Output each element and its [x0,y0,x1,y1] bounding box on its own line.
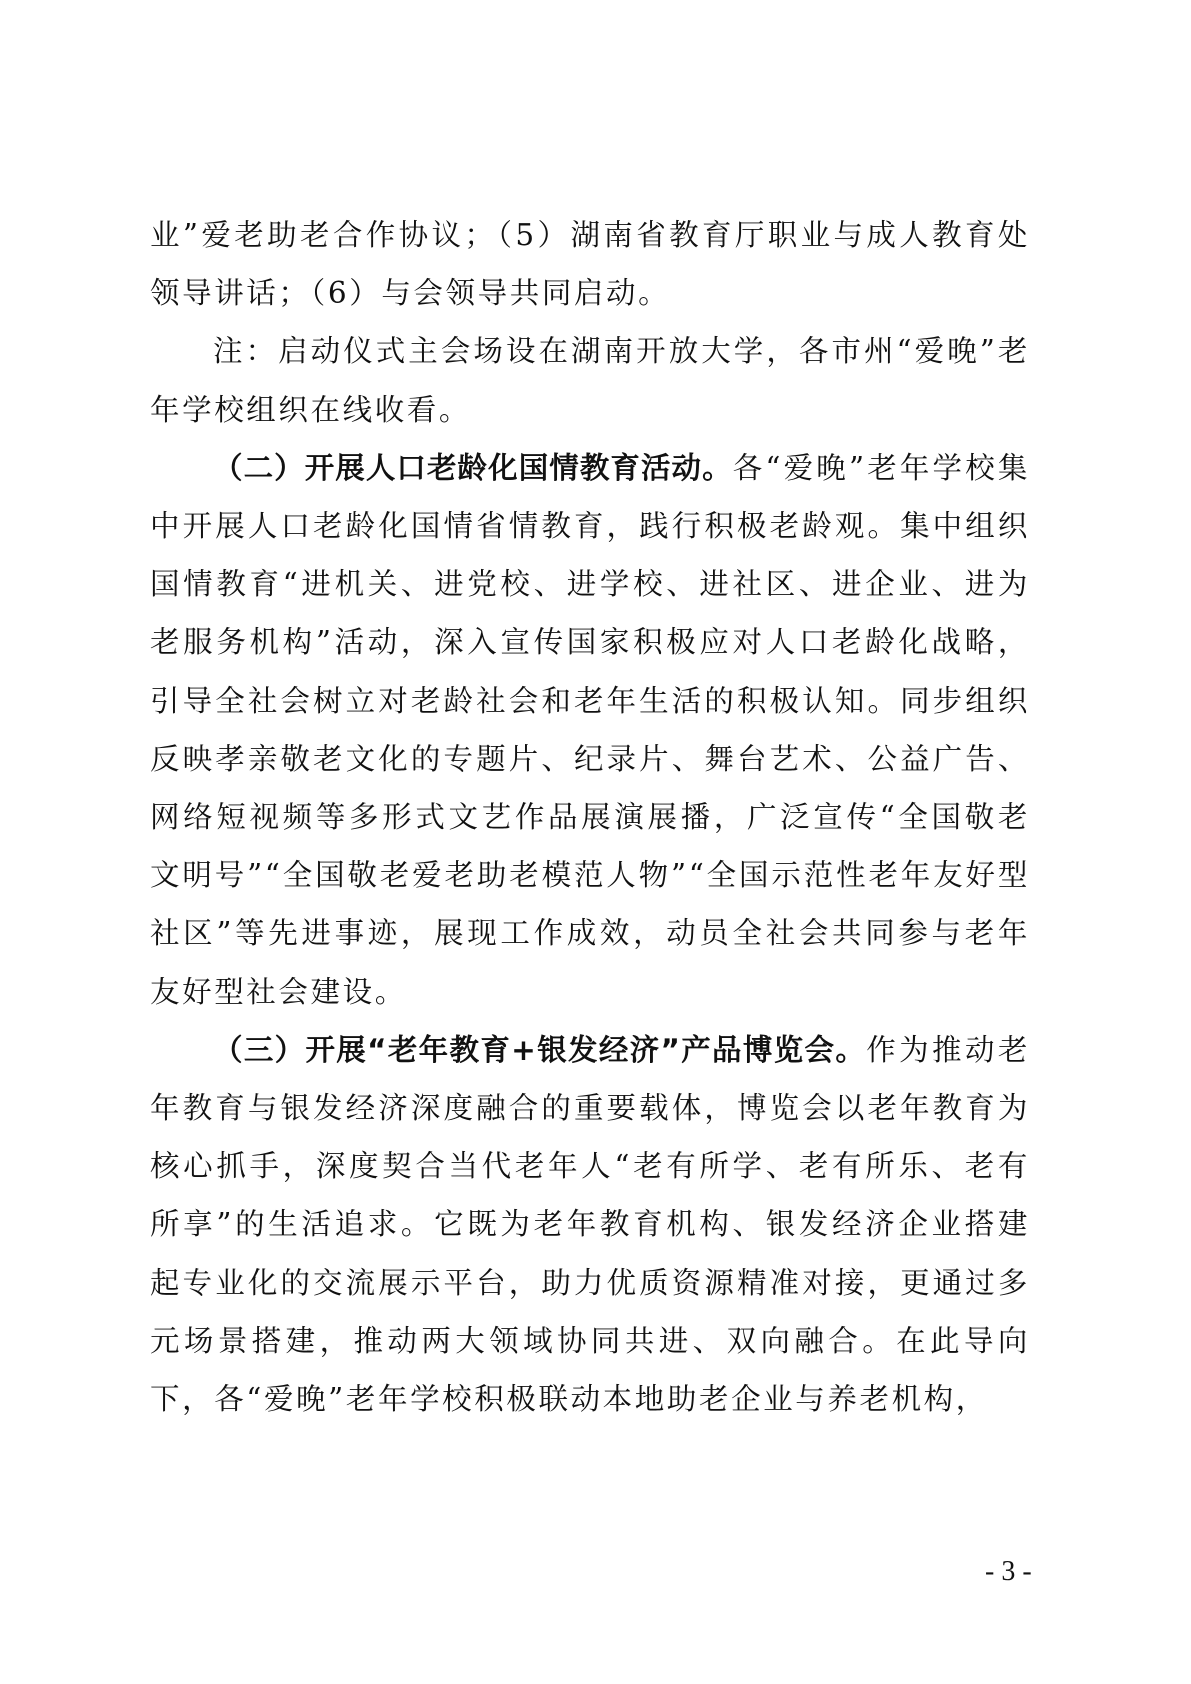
paragraph-text: 作为推动老年教育与银发经济深度融合的重要载体，博览会以老年教育为核心抓手，深度契… [150,1033,1030,1416]
paragraph-section-3: （三）开展“老年教育+银发经济”产品博览会。作为推动老年教育与银发经济深度融合的… [150,1021,1030,1428]
paragraph-section-2: （二）开展人口老龄化国情教育活动。各“爱晚”老年学校集中开展人口老龄化国情省情教… [150,439,1030,1021]
section-heading: （三）开展“老年教育+银发经济”产品博览会。 [213,1033,866,1067]
paragraph-text: 业”爱老助老合作协议；（5）湖南省教育厅职业与成人教育处领导讲话；（6）与会领导… [150,218,1030,310]
paragraph-note: 注：启动仪式主会场设在湖南开放大学，各市州“爱晚”老年学校组织在线收看。 [150,322,1030,438]
paragraph-continuation: 业”爱老助老合作协议；（5）湖南省教育厅职业与成人教育处领导讲话；（6）与会领导… [150,206,1030,322]
page-number: - 3 - [985,1556,1032,1588]
document-page: 业”爱老助老合作协议；（5）湖南省教育厅职业与成人教育处领导讲话；（6）与会领导… [150,206,1030,1428]
section-heading: （二）开展人口老龄化国情教育活动。 [213,451,733,485]
paragraph-text: 注：启动仪式主会场设在湖南开放大学，各市州“爱晚”老年学校组织在线收看。 [150,334,1030,426]
paragraph-text: 各“爱晚”老年学校集中开展人口老龄化国情省情教育，践行积极老龄观。集中组织国情教… [150,451,1030,1009]
